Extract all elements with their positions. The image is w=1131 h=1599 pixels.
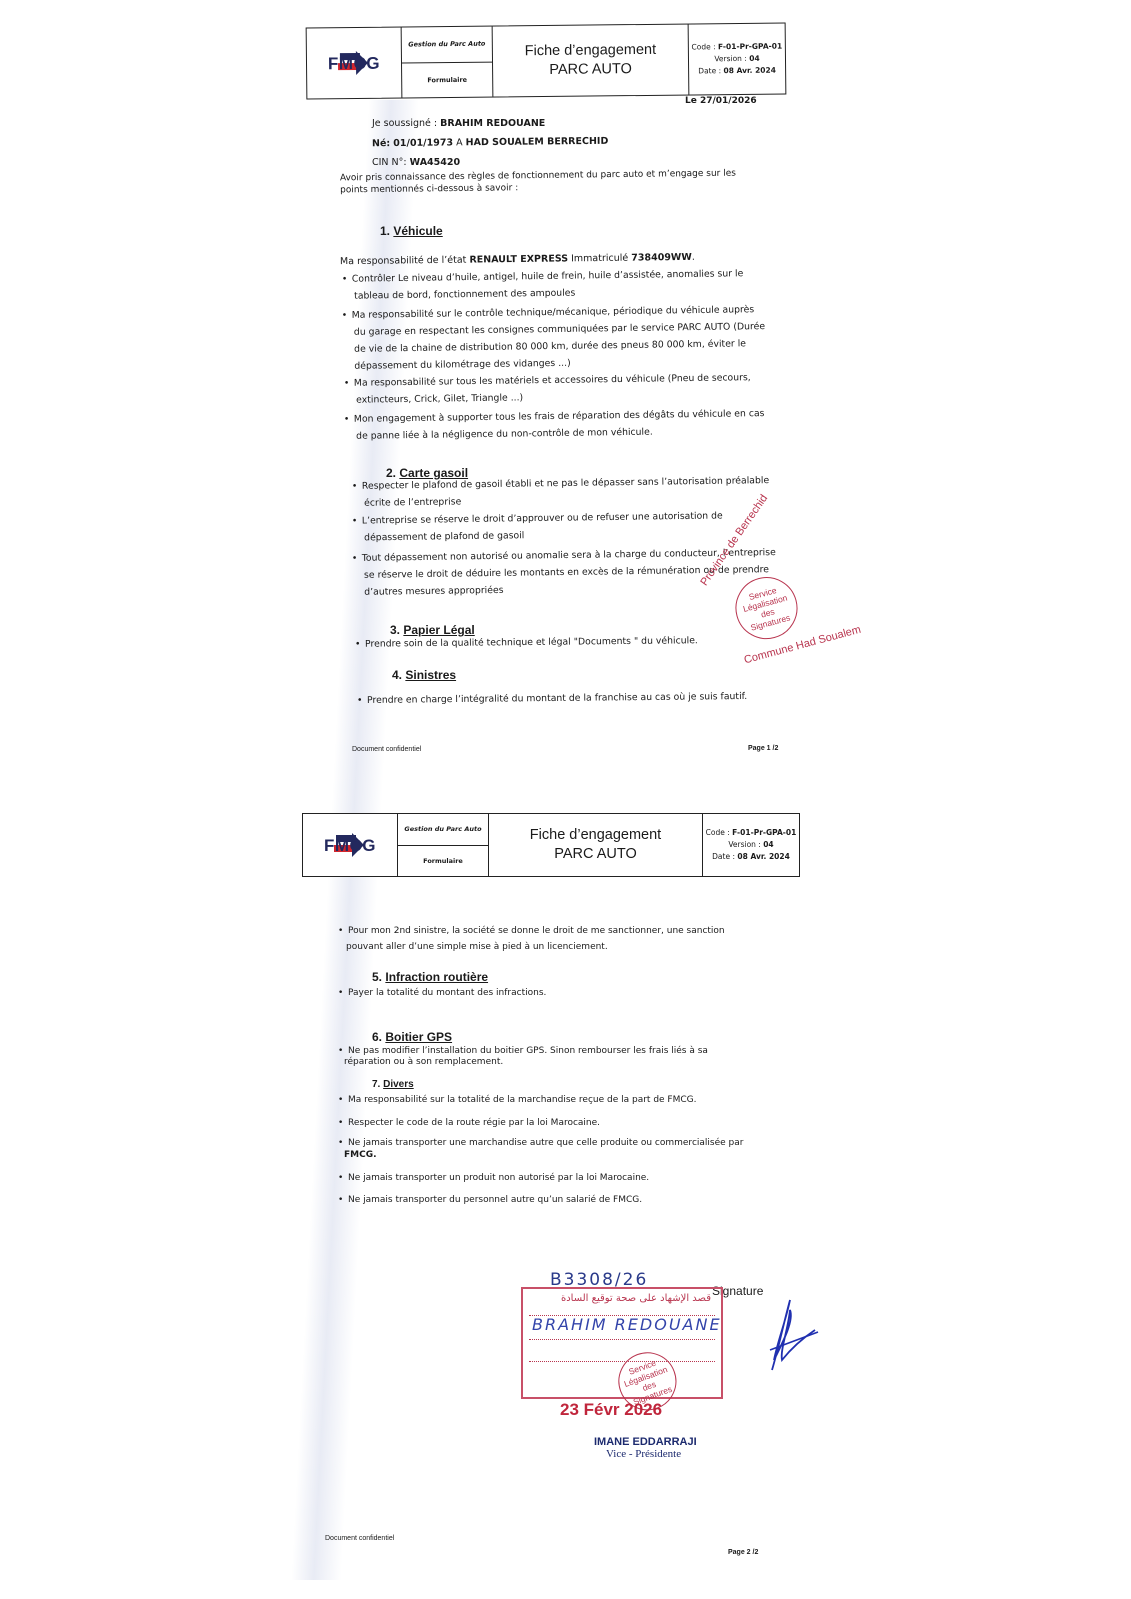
form-header: FMCG Gestion du Parc Auto Formulaire Fic… [306, 22, 787, 99]
list-item: •Prendre en charge l’intégralité du mont… [357, 688, 747, 709]
stamp-center: Service Légalisation des Signatures [729, 570, 805, 646]
list-item: •Payer la totalité du montant des infrac… [338, 985, 546, 1002]
list-item: •Prendre soin de la qualité technique et… [355, 632, 698, 653]
type-label: Formulaire [402, 62, 492, 97]
date-stamp: 23 Févr 2026 [560, 1400, 662, 1420]
section-gps-title: 6. Boitier GPS [372, 1030, 452, 1044]
page-2: FMCG Gestion du Parc Auto Formulaire Fic… [0, 800, 1131, 1599]
list-item: •Mon engagement à supporter tous les fra… [344, 405, 765, 445]
section-vehicule-title: 1. Véhicule [380, 224, 443, 238]
list-item: •Contrôler Le niveau d’huile, antigel, h… [342, 265, 744, 305]
officer-name: IMANE EDDARRAJI [594, 1436, 697, 1448]
form-meta: Code : F-01-Pr-GPA-01 Version : 04 Date … [703, 814, 799, 876]
section-divers-title: 7. Divers [372, 1079, 414, 1090]
list-item: •Ne jamais transporter un produit non au… [338, 1170, 649, 1187]
form-meta: Code : F-01-Pr-GPA-01 Version : 04 Date … [689, 23, 786, 94]
list-item: •L’entreprise se réserve le droit d’appr… [352, 507, 723, 546]
fmcg-logo: FMCG [303, 814, 398, 876]
form-version: 04 [763, 840, 773, 849]
signature-scribble-icon [760, 1290, 820, 1380]
footer-page-number: Page 1 /2 [748, 745, 778, 752]
form-date: 08 Avr. 2024 [723, 66, 776, 76]
employee-name: BRAHIM REDOUANE [440, 118, 545, 129]
form-code: F-01-Pr-GPA-01 [718, 42, 782, 52]
list-item: •Respecter le code de la route régie par… [338, 1115, 600, 1132]
list-item: •Ne pas modifier l’installation du boiti… [338, 1046, 708, 1068]
form-version: 04 [749, 54, 760, 63]
officer-title: Vice - Présidente [606, 1448, 681, 1460]
list-item: •Ne jamais transporter du personnel autr… [338, 1192, 642, 1209]
form-date: 08 Avr. 2024 [737, 852, 789, 861]
arabic-heading: قصد الإشهاد على صحة توقيع السادة [561, 1293, 711, 1304]
cin-line: CIN N°: WA45420 [372, 155, 460, 170]
form-code: F-01-Pr-GPA-01 [732, 828, 796, 837]
birth-date: 01/01/1973 [393, 137, 453, 149]
section-infraction-title: 5. Infraction routière [372, 970, 488, 984]
form-title: Fiche d’engagement PARC AUTO [493, 25, 690, 97]
list-item: •Ma responsabilité sur tous les matériel… [344, 369, 751, 409]
soussigne-line: Je soussigné : BRAHIM REDOUANE [372, 116, 545, 131]
list-item: •Ne jamais transporter une marchandise a… [338, 1137, 743, 1161]
footer-confidential: Document confidentiel [352, 746, 421, 753]
legalisation-stamp: Province de Berrechid Service Légalisati… [700, 543, 835, 678]
birth-place: HAD SOUALEM BERRECHID [466, 136, 609, 148]
form-classification: Gestion du Parc Auto Formulaire [398, 814, 489, 876]
birth-line: Né: 01/01/1973 A HAD SOUALEM BERRECHID [372, 134, 608, 151]
type-label: Formulaire [398, 846, 488, 877]
list-item: •Ma responsabilité sur la totalité de la… [338, 1092, 697, 1109]
footer-page-number: Page 2 /2 [728, 1549, 758, 1556]
handwritten-name: BRAHIM REDOUANE [532, 1315, 722, 1334]
module-label: Gestion du Parc Auto [402, 27, 492, 63]
form-classification: Gestion du Parc Auto Formulaire [402, 27, 494, 98]
page-1: FMCG Gestion du Parc Auto Formulaire Fic… [0, 0, 1131, 790]
form-title: Fiche d’engagement PARC AUTO [489, 814, 703, 876]
cin-number: WA45420 [410, 157, 460, 168]
fmcg-logo: FMCG [307, 28, 403, 99]
intro-text: Avoir pris connaissance des règles de fo… [340, 168, 736, 197]
vehicle-plate: 738409WW [631, 252, 692, 264]
module-label: Gestion du Parc Auto [398, 814, 488, 846]
footer-confidential: Document confidentiel [325, 1535, 394, 1542]
vehicle-model: RENAULT EXPRESS [469, 253, 568, 265]
document-date: Le 27/01/2026 [685, 94, 757, 109]
section-sinistres-title: 4. Sinistres [392, 668, 456, 682]
list-item: •Respecter le plafond de gasoil établi e… [352, 472, 770, 512]
list-item: •Pour mon 2nd sinistre, la société se do… [338, 923, 725, 955]
form-header: FMCG Gestion du Parc Auto Formulaire Fic… [302, 813, 800, 877]
list-item: •Ma responsabilité sur le contrôle techn… [342, 301, 766, 375]
